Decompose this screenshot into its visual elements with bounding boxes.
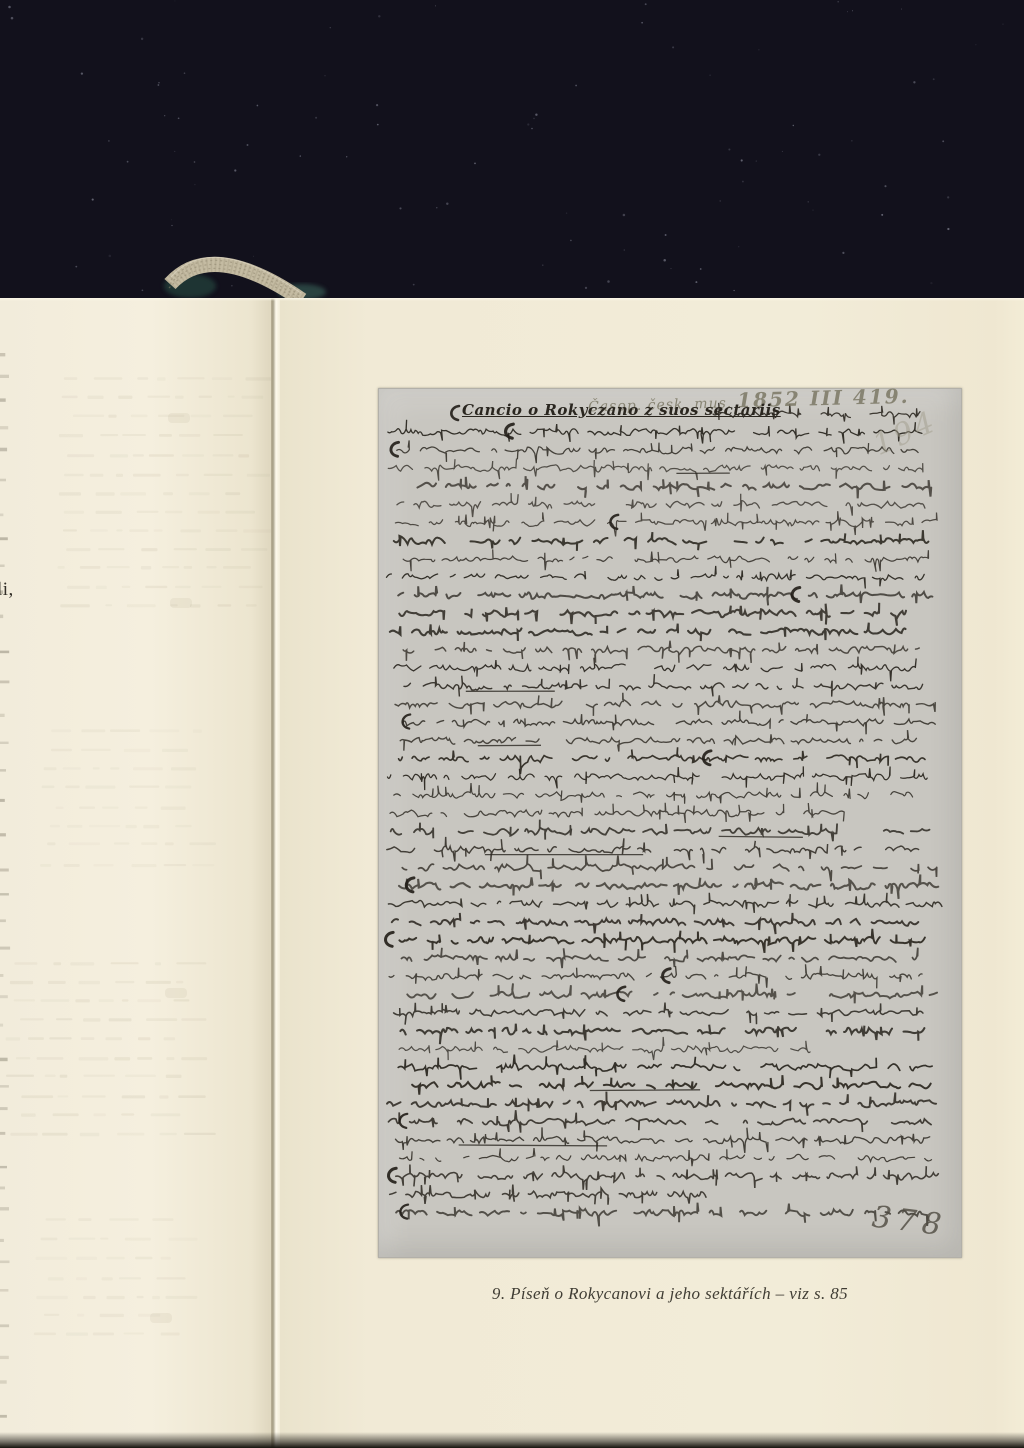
page-gutter xyxy=(271,298,280,1448)
left-page: li, xyxy=(0,298,273,1448)
show-through-ghost-text xyxy=(0,298,273,1448)
manuscript-title-line: Cancio o Rokyczano z suos sectariis xyxy=(462,401,781,419)
figure-caption: 9. Píseň o Rokycanovi a jeho sektářích –… xyxy=(378,1284,962,1304)
bookmark-ribbon xyxy=(150,232,360,304)
book-photograph: li, Časop. česk. mus. 1852 III 419. Canc… xyxy=(0,0,1024,1448)
manuscript-handwriting-simulation xyxy=(378,388,962,1258)
open-book-pages: li, Časop. česk. mus. 1852 III 419. Canc… xyxy=(0,298,1024,1448)
left-page-text-fragment: li, xyxy=(0,579,14,601)
manuscript-plate: Časop. česk. mus. 1852 III 419. Cancio o… xyxy=(378,388,962,1258)
bottom-shadow xyxy=(0,1432,1024,1448)
